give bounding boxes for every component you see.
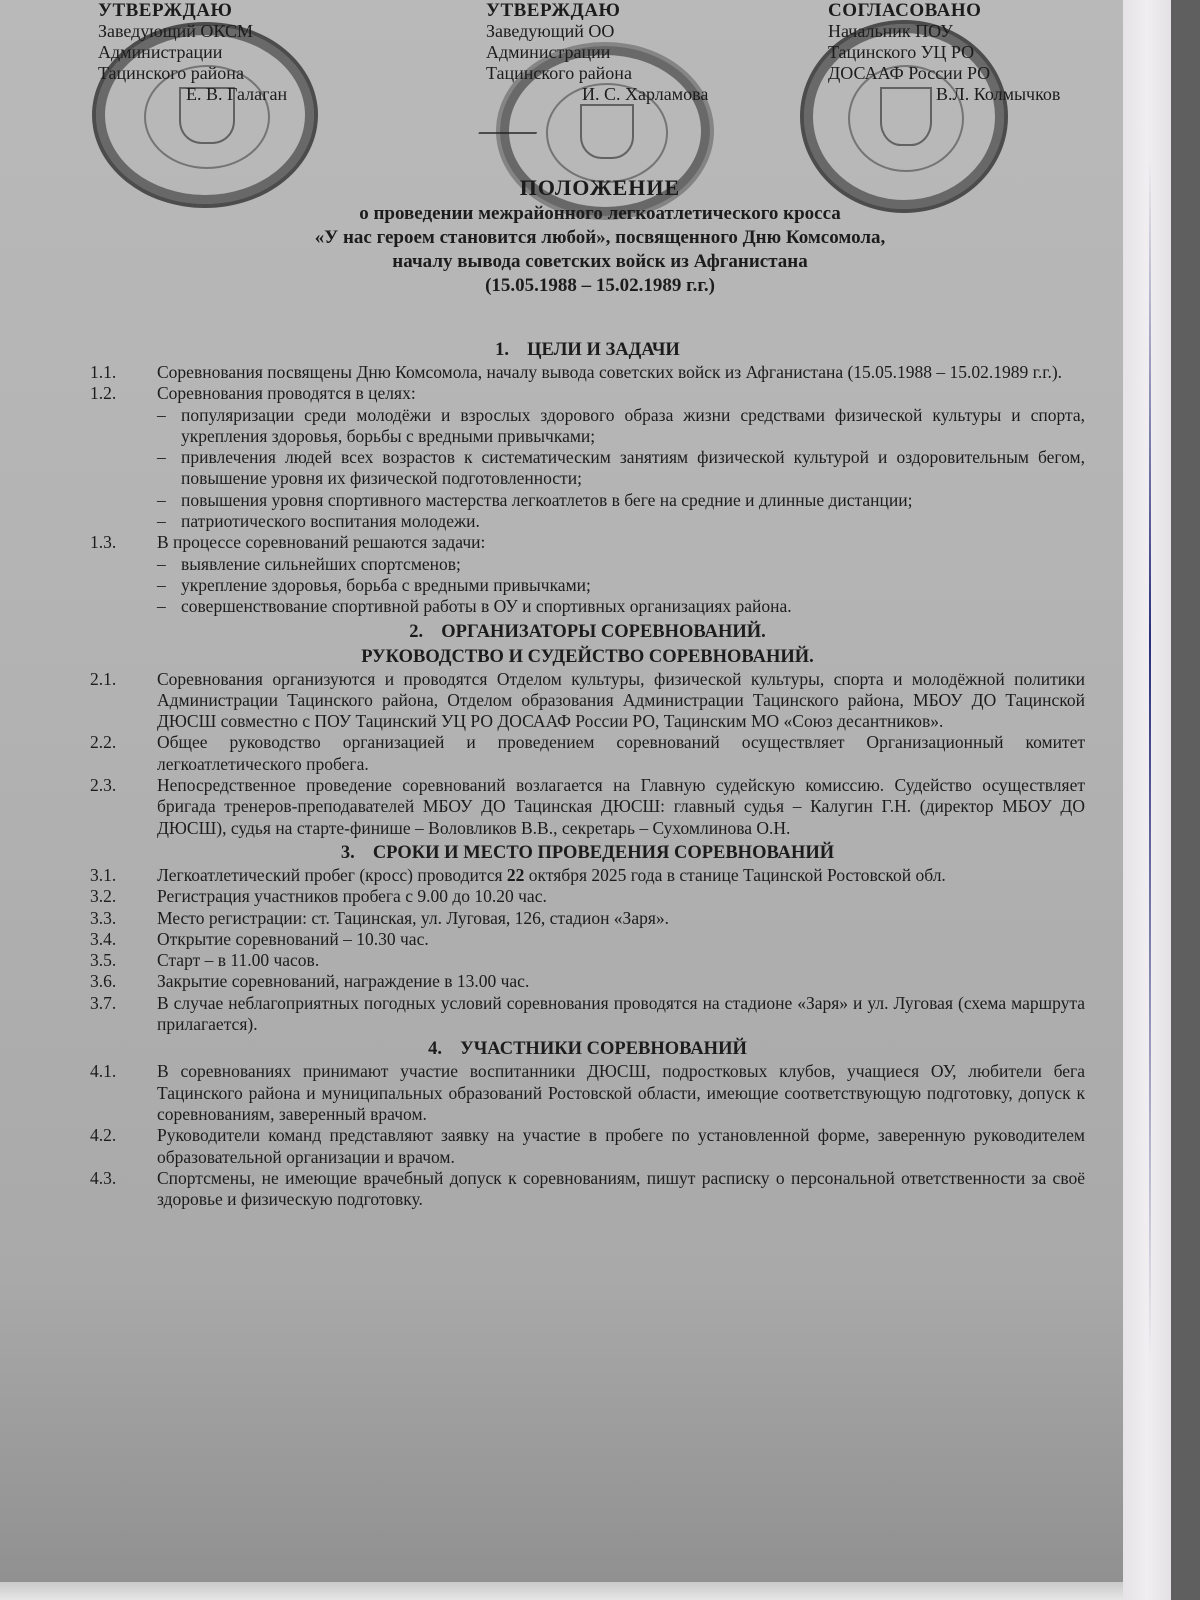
document-subtitle-line: (15.05.1988 – 15.02.1989 г.г.) [150,274,1050,298]
clause: 3.4.Открытие соревнований – 10.30 час. [90,929,1085,950]
bullet-text: выявление сильнейших спортсменов; [181,554,1085,575]
section-heading: 1.ЦЕЛИ И ЗАДАЧИ [90,339,1085,361]
clause-number: 2.2. [90,732,157,775]
dash-bullet-icon: – [157,596,181,617]
clause-text: Соревнования проводятся в целях: [157,383,1085,404]
clause: 4.3.Спортсмены, не имеющие врачебный доп… [90,1168,1085,1211]
dash-bullet-icon: – [157,447,181,490]
clause-number: 1.1. [90,362,157,383]
approval-line: Администрации [98,42,287,63]
section-number: 2. [409,621,441,643]
clause-number: 1.2. [90,383,157,404]
section-heading: 4.УЧАСТНИКИ СОРЕВНОВАНИЙ [90,1038,1085,1060]
clause-number: 2.1. [90,669,157,733]
section-number: 1. [495,339,527,361]
clause: 1.1.Соревнования посвящены Дню Комсомола… [90,362,1085,383]
approval-line: Администрации [486,42,708,63]
clause-number: 3.1. [90,865,157,886]
clause: 4.1.В соревнованиях принимают участие во… [90,1061,1085,1125]
bullet-text: патриотического воспитания молодежи. [181,511,1085,532]
section-title: РУКОВОДСТВО И СУДЕЙСТВО СОРЕВНОВАНИЙ. [361,647,814,667]
clause-number: 4.1. [90,1061,157,1125]
clause-text: Закрытие соревнований, награждение в 13.… [157,971,1085,992]
bullet-text: повышения уровня спортивного мастерства … [181,490,1085,511]
clause: 1.3.В процессе соревнований решаются зад… [90,532,1085,553]
approval-signature: В.Л. Колмычков [828,84,1060,105]
bullet-item: –укрепление здоровья, борьба с вредными … [157,575,1085,596]
clause-number: 3.4. [90,929,157,950]
bullet-text: укрепление здоровья, борьба с вредными п… [181,575,1085,596]
dash-bullet-icon: – [157,575,181,596]
section-heading: 2.ОРГАНИЗАТОРЫ СОРЕВНОВАНИЙ. [90,621,1085,643]
background-page [1171,0,1200,1600]
bullet-text: совершенствование спортивной работы в ОУ… [181,596,1085,617]
section-number: 3. [341,842,373,864]
clause: 3.6.Закрытие соревнований, награждение в… [90,971,1085,992]
approval-line: Тацинского района [486,63,708,84]
clause-number: 4.3. [90,1168,157,1211]
section-title: ЦЕЛИ И ЗАДАЧИ [527,340,680,360]
paper-crease [1149,160,1151,1360]
document-title-block: ПОЛОЖЕНИЕ о проведении межрайонного легк… [150,174,1050,298]
clause-text: В случае неблагоприятных погодных услови… [157,993,1085,1036]
clause: 1.2.Соревнования проводятся в целях: [90,383,1085,404]
clause-number: 3.6. [90,971,157,992]
dash-bullet-icon: – [157,405,181,448]
clause-text: Соревнования посвящены Дню Комсомола, на… [157,362,1085,383]
clause-number: 2.3. [90,775,157,839]
clause-text: Непосредственное проведение соревнований… [157,775,1085,839]
approval-block-oksm: УТВЕРЖДАЮ Заведующий ОКСМ Администрации … [98,0,287,105]
approval-line: ДОСААФ России РО [828,63,1060,84]
clause-text: Руководители команд представляют заявку … [157,1125,1085,1168]
clause-text: В соревнованиях принимают участие воспит… [157,1061,1085,1125]
document-subtitle-line: «У нас героем становится любой», посвяще… [150,226,1050,250]
clause: 3.2.Регистрация участников пробега с 9.0… [90,886,1085,907]
approval-line: Тацинского района [98,63,287,84]
bullet-text: популяризации среди молодёжи и взрослых … [181,405,1085,448]
document-title: ПОЛОЖЕНИЕ [150,174,1050,202]
approval-heading: СОГЛАСОВАНО [828,0,1060,21]
clause-text: Общее руководство организацией и проведе… [157,732,1085,775]
clause: 3.7.В случае неблагоприятных погодных ус… [90,993,1085,1036]
section-heading: 3.СРОКИ И МЕСТО ПРОВЕДЕНИЯ СОРЕВНОВАНИЙ [90,842,1085,864]
bullet-item: –повышения уровня спортивного мастерства… [157,490,1085,511]
clause-number: 3.7. [90,993,157,1036]
approval-line: Заведующий ОО [486,21,708,42]
document-page: УТВЕРЖДАЮ Заведующий ОКСМ Администрации … [0,0,1123,1600]
clause-text-part: Легкоатлетический пробег (кросс) проводи… [157,865,507,885]
clause: 2.3.Непосредственное проведение соревнов… [90,775,1085,839]
bullet-item: –привлечения людей всех возрастов к сист… [157,447,1085,490]
approval-block-dosaaf: СОГЛАСОВАНО Начальник ПОУ Тацинского УЦ … [828,0,1060,105]
approval-heading: УТВЕРЖДАЮ [486,0,708,21]
bullet-text: привлечения людей всех возрастов к систе… [181,447,1085,490]
approval-block-oo: УТВЕРЖДАЮ Заведующий ОО Администрации Та… [486,0,708,105]
clause: 2.2.Общее руководство организацией и про… [90,732,1085,775]
clause-number: 3.5. [90,950,157,971]
document-subtitle-line: о проведении межрайонного легкоатлетичес… [150,202,1050,226]
clause-text: Место регистрации: ст. Тацинская, ул. Лу… [157,908,1085,929]
dash-bullet-icon: – [157,511,181,532]
clause-number: 1.3. [90,532,157,553]
approval-heading: УТВЕРЖДАЮ [98,0,287,21]
paper-bottom-edge [0,1582,1123,1600]
approval-line: Начальник ПОУ [828,21,1060,42]
clause: 3.3.Место регистрации: ст. Тацинская, ул… [90,908,1085,929]
bullet-item: –популяризации среди молодёжи и взрослых… [157,405,1085,448]
paper-edge [1123,0,1171,1600]
section-title: ОРГАНИЗАТОРЫ СОРЕВНОВАНИЙ. [441,622,766,642]
clause-text: В процессе соревнований решаются задачи: [157,532,1085,553]
clause: 4.2.Руководители команд представляют зая… [90,1125,1085,1168]
clause: 2.1.Соревнования организуются и проводят… [90,669,1085,733]
clause-text: Легкоатлетический пробег (кросс) проводи… [157,865,1085,886]
section-title: СРОКИ И МЕСТО ПРОВЕДЕНИЯ СОРЕВНОВАНИЙ [373,843,834,863]
clause-number: 4.2. [90,1125,157,1168]
clause: 3.5.Старт – в 11.00 часов. [90,950,1085,971]
bullet-item: –патриотического воспитания молодежи. [157,511,1085,532]
bullet-item: –выявление сильнейших спортсменов; [157,554,1085,575]
clause-text: Соревнования организуются и проводятся О… [157,669,1085,733]
document-subtitle-line: началу вывода советских войск из Афганис… [150,250,1050,274]
clause-text: Регистрация участников пробега с 9.00 до… [157,886,1085,907]
section-title: УЧАСТНИКИ СОРЕВНОВАНИЙ [460,1039,747,1059]
clause-text: Открытие соревнований – 10.30 час. [157,929,1085,950]
clause: 3.1.Легкоатлетический пробег (кросс) про… [90,865,1085,886]
clause-number: 3.2. [90,886,157,907]
section-heading: РУКОВОДСТВО И СУДЕЙСТВО СОРЕВНОВАНИЙ. [90,646,1085,668]
bullet-item: –совершенствование спортивной работы в О… [157,596,1085,617]
clause-text: Старт – в 11.00 часов. [157,950,1085,971]
approval-signature: И. С. Харламова [486,84,708,105]
event-date-day: 22 [507,865,525,885]
approval-signature: Е. В. Галаган [98,84,287,105]
clause-number: 3.3. [90,908,157,929]
dash-bullet-icon: – [157,554,181,575]
clause-text-part: октября 2025 года в станице Тацинской Ро… [524,865,945,885]
document-body: 1.ЦЕЛИ И ЗАДАЧИ1.1.Соревнования посвящен… [90,336,1085,1210]
dash-bullet-icon: – [157,490,181,511]
approval-line: Тацинского УЦ РО [828,42,1060,63]
section-number: 4. [428,1038,460,1060]
approval-line: Заведующий ОКСМ [98,21,287,42]
clause-text: Спортсмены, не имеющие врачебный допуск … [157,1168,1085,1211]
